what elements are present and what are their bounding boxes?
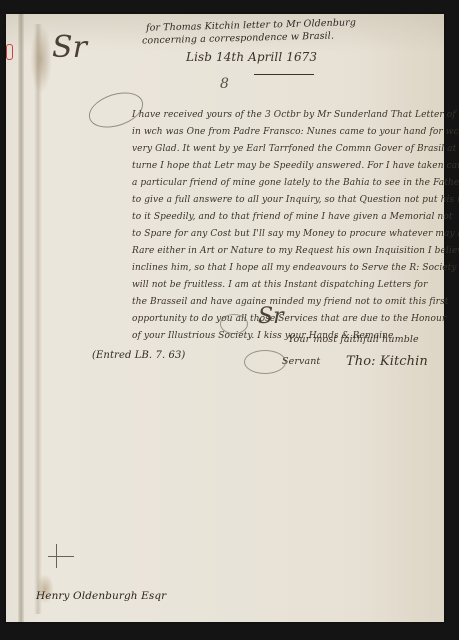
folio-number: 8 [220,76,229,92]
body-line: turne I hope that Letr may be Speedily a… [132,161,459,171]
paper-fold-line [18,14,24,622]
cross-mark [56,544,57,568]
body-line: I have received yours of the 3 Octbr by … [132,110,459,120]
closing-line-1: Your most faithfull humble [288,334,419,345]
body-line: to Spare for any Cost but I'll say my Mo… [132,229,459,239]
body-line: very Glad. It went by ye Earl Tarrfoned … [132,144,459,154]
body-line: will not be fruitless. I am at this Inst… [132,280,427,290]
red-archive-mark [6,44,13,60]
registry-note: (Entred LB. 7. 63) [92,350,185,361]
manuscript-page: for Thomas Kitchin letter to Mr Oldenbur… [6,14,444,622]
body-line: Rare either in Art or Nature to my Reque… [132,246,459,256]
letter-date: Lisb 14th Aprill 1673 [186,50,317,64]
body-line: to it Speedily, and to that friend of mi… [132,212,453,222]
cross-mark [48,556,74,557]
closing-sir: Sr [258,304,284,329]
paper-fold-line-secondary [34,24,42,614]
signature: Tho: Kitchin [346,354,428,369]
body-line: to give a full answere to all your Inqui… [132,195,459,205]
body-line: in wch was One from Padre Fransco: Nunes… [132,127,459,137]
salutation-top: Sr [52,30,87,65]
body-line: opportunity to do you all those Services… [132,314,446,324]
servant-flourish [244,350,286,374]
address-line: Henry Oldenburgh Esqr [36,590,166,602]
body-line: a particular friend of mine gone lately … [132,178,459,188]
sir-flourish [220,314,248,334]
body-line: inclines him, so that I hope all my ende… [132,263,457,273]
date-underline [254,74,314,75]
body-line: the Brasseil and have againe minded my f… [132,297,449,307]
closing-line-2: Servant [282,356,320,367]
paper-stain-top [30,24,52,94]
